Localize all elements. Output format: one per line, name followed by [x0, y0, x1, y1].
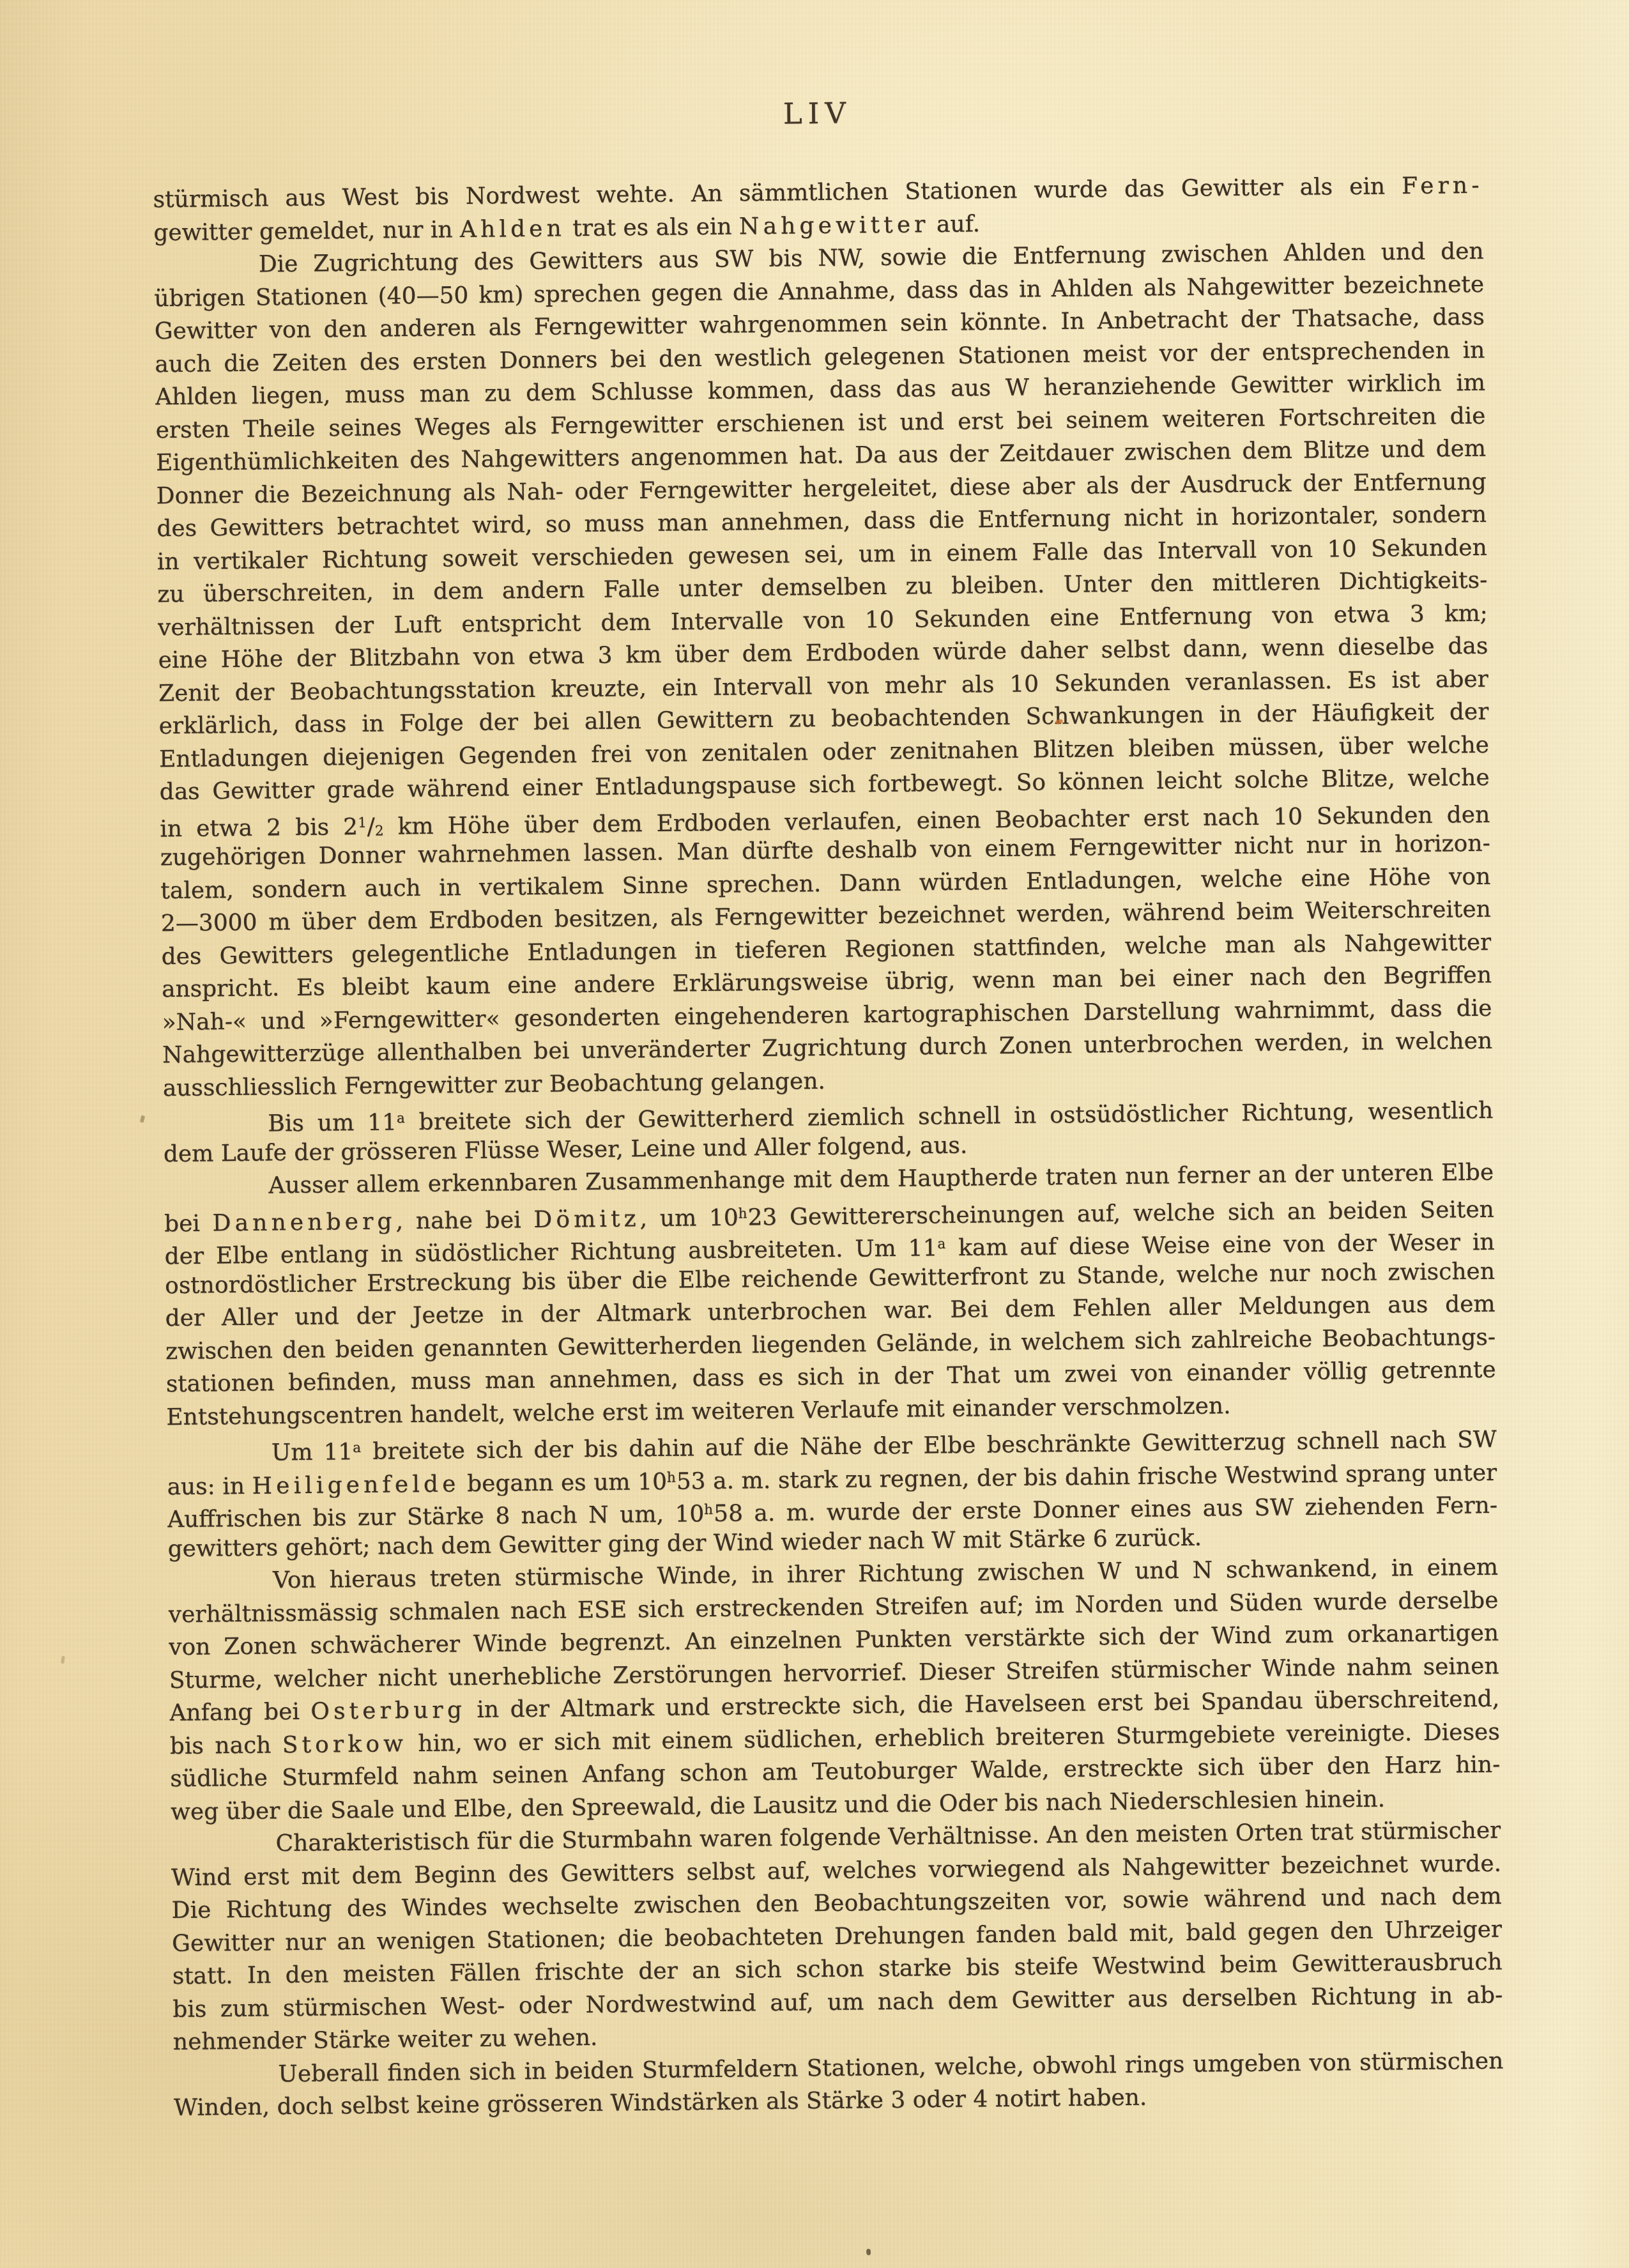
- text-segment: a: [397, 1110, 406, 1126]
- scan-speck: [140, 1115, 145, 1123]
- text-segment: Anfang bei: [169, 1699, 311, 1726]
- scan-speck: [61, 1656, 65, 1664]
- text-segment: h: [704, 1502, 714, 1518]
- page-text: LIV stürmisch aus West bis Nordwest weht…: [152, 89, 1504, 2125]
- emphasized-name: Fern-: [1402, 172, 1483, 199]
- text-segment: h: [667, 1469, 677, 1485]
- emphasized-name: Storkow: [282, 1731, 408, 1758]
- text-segment: 2: [375, 823, 384, 839]
- paragraph: Die Zugrichtung des Gewitters aus SW bis…: [154, 235, 1493, 1105]
- text-segment: , nahe bei: [395, 1207, 533, 1234]
- text-segment: Um 11: [271, 1439, 353, 1466]
- text-segment: a: [353, 1440, 362, 1456]
- scanned-page: LIV stürmisch aus West bis Nordwest weht…: [0, 0, 1629, 2268]
- ink-speck: [866, 2249, 871, 2255]
- paragraph: Charakteristisch für die Sturmbahn waren…: [171, 1814, 1503, 2059]
- text-segment: h: [738, 1206, 748, 1222]
- text-segment: bis nach: [170, 1732, 282, 1759]
- body-text: stürmisch aus West bis Nordwest wehte. A…: [153, 169, 1504, 2125]
- paragraph: Ueberall finden sich in beiden Sturmfeld…: [173, 2044, 1504, 2125]
- text-segment: bei: [164, 1210, 213, 1236]
- emphasized-name: Nahgewitter: [739, 211, 929, 240]
- text-segment: /: [367, 813, 376, 839]
- text-segment: Winden, doch selbst keine grösseren Wind…: [174, 2085, 1147, 2121]
- emphasized-name: Ahlden: [460, 215, 565, 243]
- emphasized-name: Dannenberg: [212, 1208, 395, 1236]
- text-segment: a: [937, 1236, 946, 1252]
- text-segment: nehmender Stärke weiter zu wehen.: [173, 2025, 598, 2055]
- text-segment: in etwa 2 bis 2: [160, 814, 358, 842]
- text-segment: begann es um 10: [459, 1468, 667, 1497]
- page-number: LIV: [152, 89, 1482, 139]
- text-segment: gewitter gemeldet, nur in: [153, 217, 460, 246]
- paragraph: Ausser allem erkennbaren Zusammenhange m…: [164, 1156, 1496, 1434]
- text-segment: 1: [358, 815, 367, 831]
- paragraph: Um 11a breitete sich der bis dahin auf d…: [167, 1420, 1498, 1566]
- emphasized-name: Dömitz: [533, 1206, 640, 1233]
- emphasized-name: Heiligenfelde: [252, 1471, 459, 1499]
- text-segment: ausschliesslich Ferngewitter zur Beobach…: [163, 1068, 826, 1101]
- text-segment: , um 10: [639, 1204, 738, 1232]
- text-segment: aus: in: [167, 1473, 252, 1499]
- text-segment: auf.: [929, 211, 980, 238]
- text-segment: dem Laufe der grösseren Flüsse Weser, Le…: [164, 1132, 968, 1167]
- paragraph: Von hieraus treten stürmische Winde, in …: [168, 1551, 1501, 1829]
- emphasized-name: Osterburg: [310, 1697, 466, 1725]
- text-segment: trat es als ein: [565, 213, 739, 241]
- text-segment: Bis um 11: [268, 1109, 397, 1137]
